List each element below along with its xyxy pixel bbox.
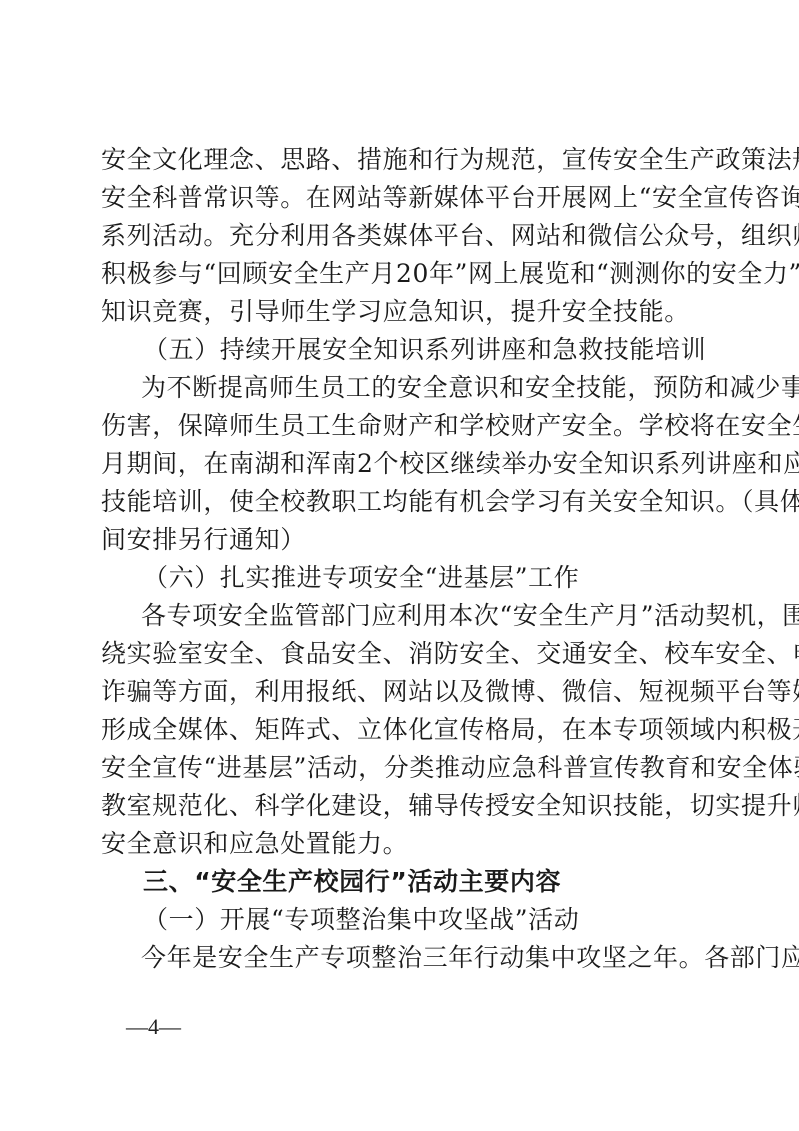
section-heading-6: （六）扎实推进专项安全“进基层”工作 bbox=[101, 559, 695, 597]
text-line: 伤害，保障师生员工生命财产和学校财产安全。学校将在安全生产 bbox=[101, 407, 695, 445]
paragraph: 各专项安全监管部门应利用本次“安全生产月”活动契机，围 绕实验室安全、食品安全、… bbox=[101, 597, 695, 863]
text-line: 技能培训，使全校教职工均能有机会学习有关安全知识。（具体时 bbox=[101, 483, 695, 521]
text-line: 安全科普常识等。在网站等新媒体平台开展网上“安全宣传咨询日” bbox=[101, 179, 695, 217]
text-line: 安全宣传“进基层”活动，分类推动应急科普宣传教育和安全体验 bbox=[101, 749, 695, 787]
paragraph: 为不断提高师生员工的安全意识和安全技能，预防和减少事故 伤害，保障师生员工生命财… bbox=[101, 369, 695, 559]
section-heading-1: （一）开展“专项整治集中攻坚战”活动 bbox=[101, 901, 695, 939]
text-line: 绕实验室安全、食品安全、消防安全、交通安全、校车安全、电信 bbox=[101, 635, 695, 673]
text-line: 为不断提高师生员工的安全意识和安全技能，预防和减少事故 bbox=[101, 369, 695, 407]
text-line: 间安排另行通知） bbox=[101, 521, 695, 559]
document-page: 安全文化理念、思路、措施和行为规范，宣传安全生产政策法规、 安全科普常识等。在网… bbox=[0, 0, 799, 1131]
text-line: 月期间，在南湖和浑南2个校区继续举办安全知识系列讲座和应急 bbox=[101, 445, 695, 483]
text-line: 安全文化理念、思路、措施和行为规范，宣传安全生产政策法规、 bbox=[101, 141, 695, 179]
text-line: 安全意识和应急处置能力。 bbox=[101, 825, 695, 863]
text-line: 形成全媒体、矩阵式、立体化宣传格局，在本专项领域内积极开展 bbox=[101, 711, 695, 749]
text-line: 今年是安全生产专项整治三年行动集中攻坚之年。各部门应按 bbox=[101, 939, 695, 977]
document-body: 安全文化理念、思路、措施和行为规范，宣传安全生产政策法规、 安全科普常识等。在网… bbox=[101, 141, 695, 977]
text-line: 教室规范化、科学化建设，辅导传授安全知识技能，切实提升师生 bbox=[101, 787, 695, 825]
text-line: 系列活动。充分利用各类媒体平台、网站和微信公众号，组织师生 bbox=[101, 217, 695, 255]
paragraph-continued: 安全文化理念、思路、措施和行为规范，宣传安全生产政策法规、 安全科普常识等。在网… bbox=[101, 141, 695, 331]
paragraph: 今年是安全生产专项整治三年行动集中攻坚之年。各部门应按 bbox=[101, 939, 695, 977]
chapter-heading-3: 三、“安全生产校园行”活动主要内容 bbox=[101, 863, 695, 901]
text-line: 知识竞赛，引导师生学习应急知识，提升安全技能。 bbox=[101, 293, 695, 331]
text-line: 积极参与“回顾安全生产月20年”网上展览和“测测你的安全力” bbox=[101, 255, 695, 293]
text-line: 各专项安全监管部门应利用本次“安全生产月”活动契机，围 bbox=[101, 597, 695, 635]
text-line: 诈骗等方面，利用报纸、网站以及微博、微信、短视频平台等媒体， bbox=[101, 673, 695, 711]
page-number: —4— bbox=[126, 1014, 181, 1040]
section-heading-5: （五）持续开展安全知识系列讲座和急救技能培训 bbox=[101, 331, 695, 369]
